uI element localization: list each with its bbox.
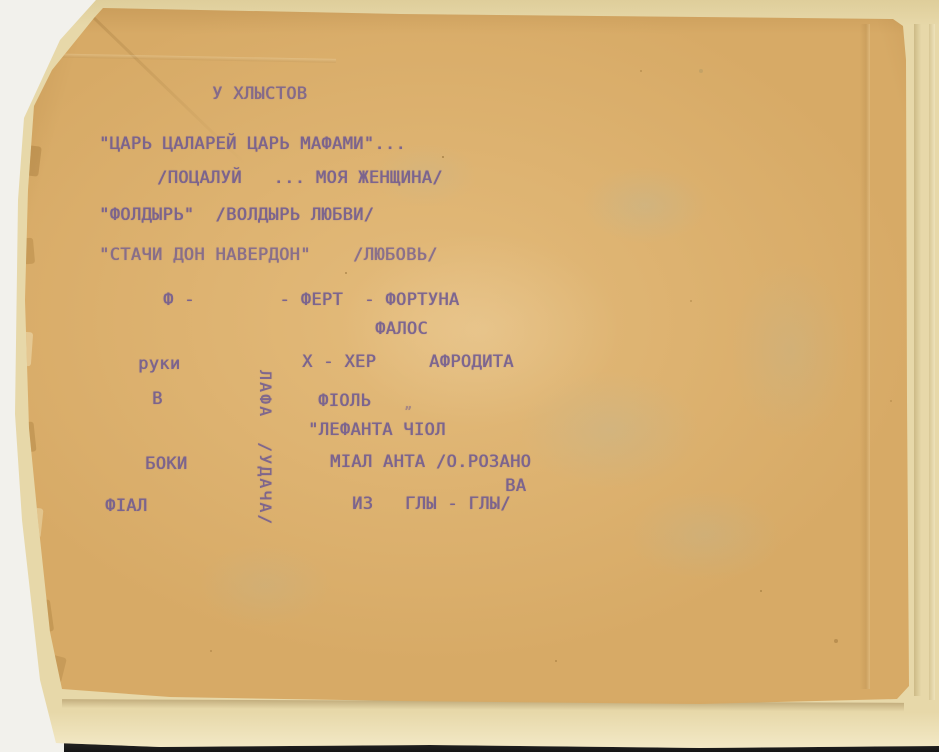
page-stack-seam-light (929, 24, 935, 700)
paper-texture-overlay (0, 0, 939, 752)
typed-line: Х - ХЕР АФРОДИТА (302, 354, 514, 371)
typed-line: /ПОЦАЛУЙ ... МОЯ ЖЕНЩИНА/ (157, 170, 443, 187)
scanned-typescript-page: У ХЛЫСТОВ "ЦАРЬ ЦАЛАРЕЙ ЦАРЬ МАФАМИ"... … (0, 0, 939, 752)
page-stack-seam (914, 24, 923, 696)
typed-line: "ФОЛДЫРЬ" /ВОЛДЫРЬ ЛЮБВИ/ (99, 207, 374, 224)
typed-line: руки (138, 356, 180, 373)
stray-ink-mark: „ (404, 398, 412, 411)
paper-crease (860, 24, 870, 689)
typed-line: "ЛЕФАНТА ЧІОЛ (308, 422, 446, 439)
paper-specks (442, 156, 444, 158)
vertical-typed-note: ЛАФА /УДАЧА/ (257, 370, 273, 526)
typed-line: "СТАЧИ ДОН НАВЕРДОН" /ЛЮБОВЬ/ (99, 247, 438, 264)
typed-line: БОКИ (145, 456, 187, 473)
typed-line: ВА (505, 478, 526, 495)
typed-line: ИЗ ГЛЫ - ГЛЫ/ (352, 496, 511, 513)
typed-heading: У ХЛЫСТОВ (212, 86, 307, 103)
typed-line: Ф - - ФЕРТ - ФОРТУНА (163, 292, 459, 309)
paper-sheet (0, 0, 939, 752)
typed-line: "ЦАРЬ ЦАЛАРЕЙ ЦАРЬ МАФАМИ"... (99, 136, 406, 153)
typed-line: МІАЛ АНТА /О.РОЗАНО (330, 454, 531, 471)
typed-line: ФАЛОС (375, 321, 428, 338)
typed-line: В (152, 391, 163, 408)
typed-line: ФІАЛ (105, 498, 147, 515)
typed-line: ФІОЛЬ (318, 393, 371, 410)
